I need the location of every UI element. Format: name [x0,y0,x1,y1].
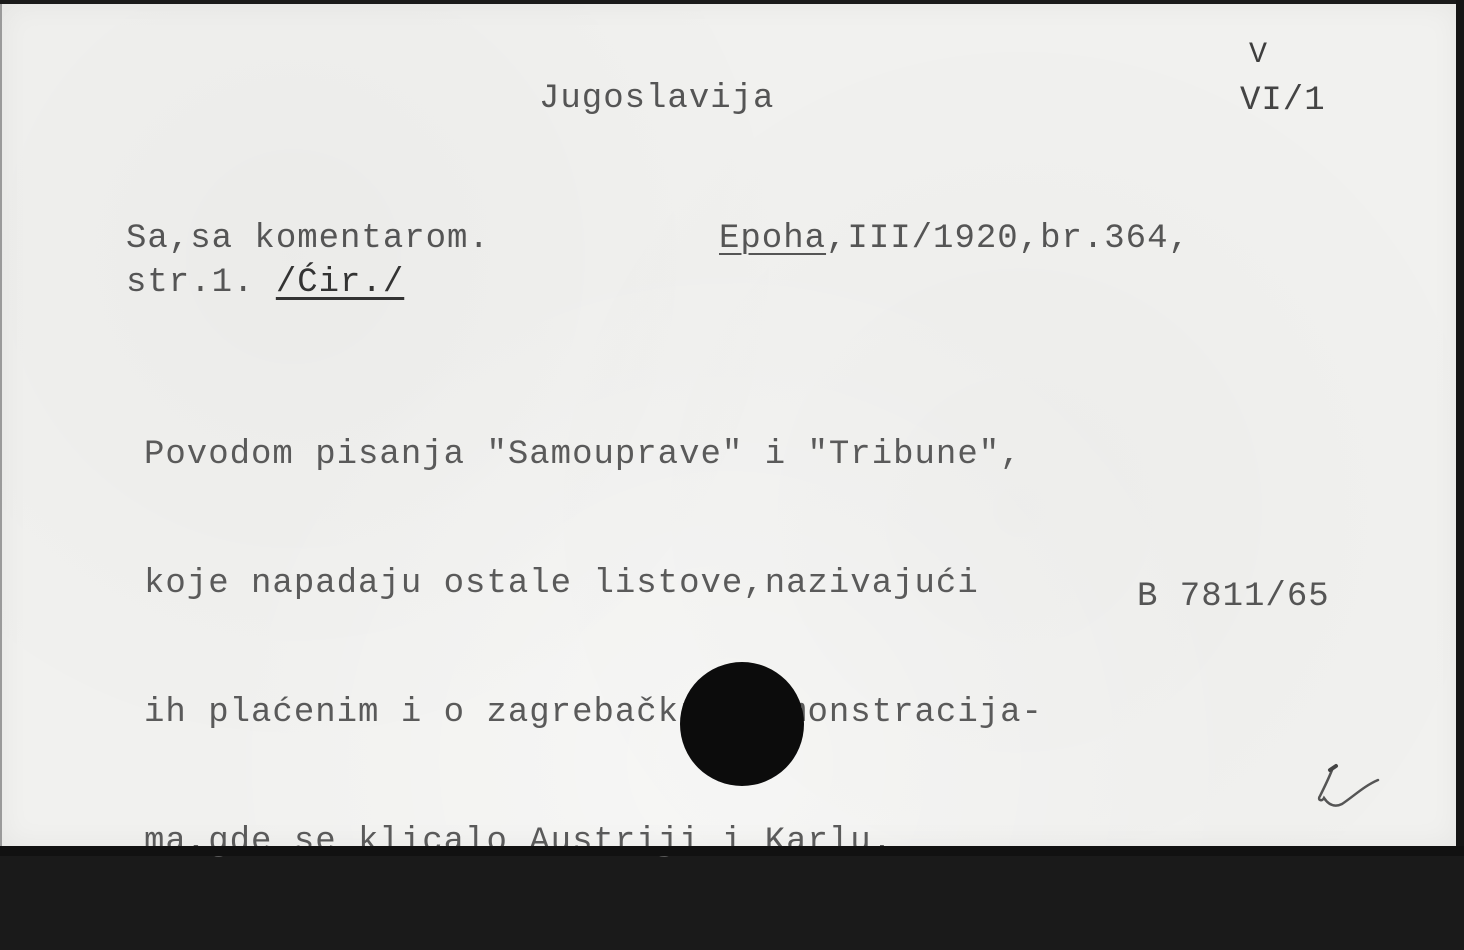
source-details: ,III/1920,br.364, [826,220,1190,258]
body-line: koje napadaju ostale listove,nazivajući [144,563,1043,606]
handwritten-mark-icon [1302,760,1392,820]
punch-hole-icon [680,662,804,786]
card-body: Povodom pisanja "Samouprave" i "Tribune"… [144,348,1043,856]
script-note: /Ćir./ [276,264,404,302]
classification-bottom: VI/1 [1240,84,1326,118]
card-heading: Jugoslavija [539,82,774,116]
signature-code: B 7811/65 [1137,580,1330,614]
page-reference: str.1. /Ćir./ [126,266,404,300]
scan-edge-bottom [0,846,1464,856]
source-name: Epoha [719,220,826,258]
classification-top: V [1249,40,1269,70]
body-line: ih plaćenim i o zagrebačkim demonstracij… [144,692,1043,735]
page-prefix: str.1. [126,264,276,302]
body-line: Povodom pisanja "Samouprave" i "Tribune"… [144,434,1043,477]
entry-title: Sa,sa komentarom. [126,222,490,256]
index-card: Jugoslavija V VI/1 Sa,sa komentarom. Epo… [0,4,1458,846]
scan-edge-right [1456,0,1464,856]
source-citation: Epoha,III/1920,br.364, [719,222,1190,256]
